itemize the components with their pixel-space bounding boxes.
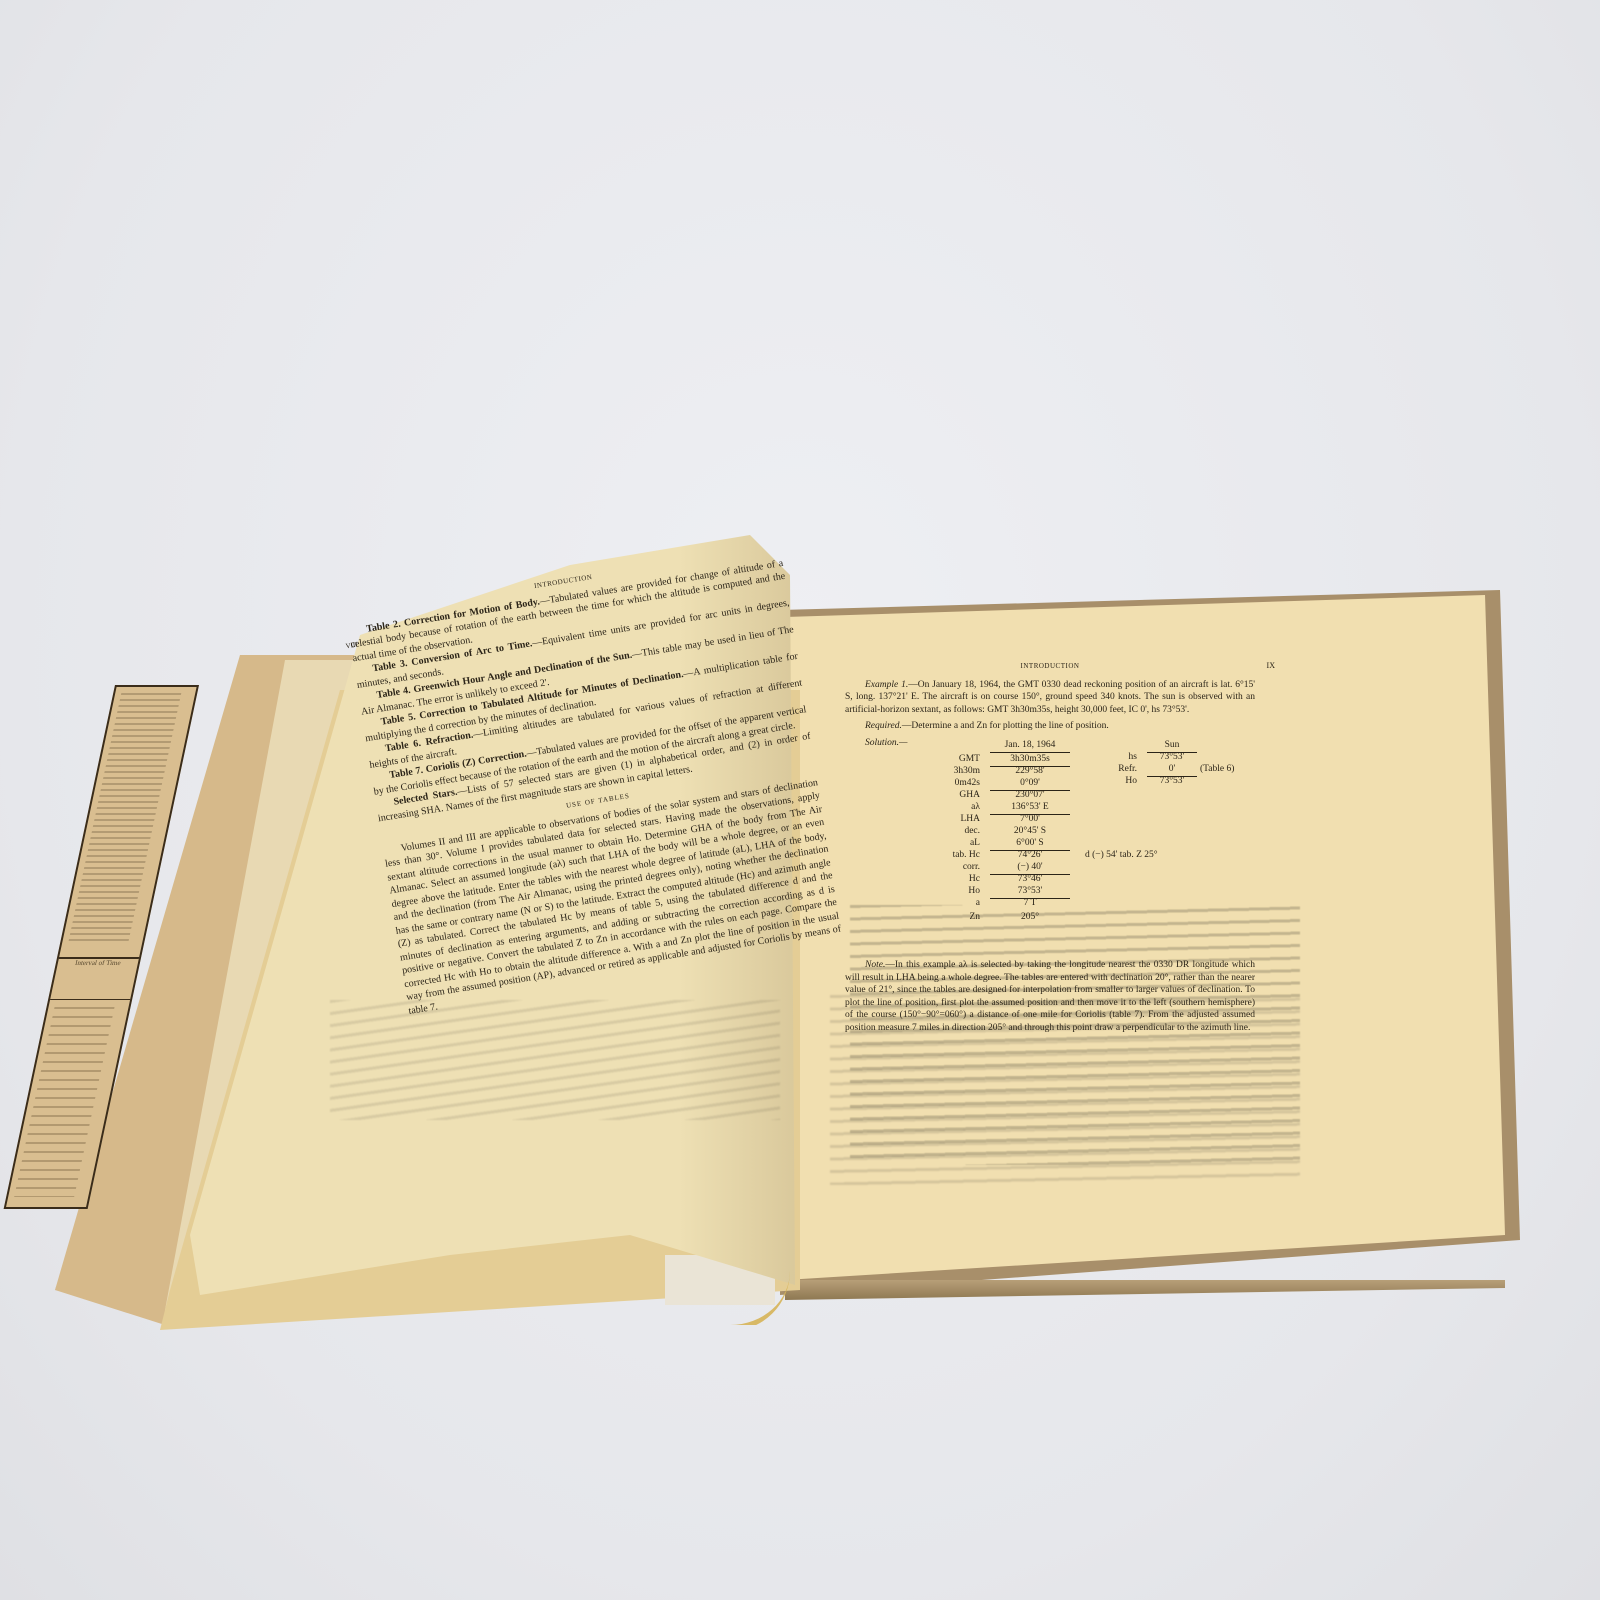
calc-date-row: Jan. 18, 1964 — [920, 739, 1090, 751]
d-and-z-line: d (−) 54' tab. Z 25° — [1085, 849, 1158, 862]
page-number: VIII — [345, 639, 359, 654]
calc-row: a7 T — [920, 897, 1090, 909]
calc-row: Hc73°46' — [920, 873, 1090, 885]
calc-row: LHA7°00' — [920, 813, 1090, 825]
required-paragraph: Required.—Determine a and Zn for plottin… — [845, 720, 1255, 733]
calc-row: aL6°00' S — [920, 837, 1090, 849]
calc-row: tab. Hc74°26' — [920, 849, 1090, 861]
sun-correction-block: Sun hs73°53' Refr.0'(Table 6) Ho73°53' — [1095, 739, 1265, 787]
calc-row: GMT3h30m35s — [920, 753, 1090, 765]
bleed-through-text-left — [330, 1000, 780, 1120]
required-label: Required. — [865, 721, 902, 731]
calc-row: corr.(−) 40' — [920, 861, 1090, 873]
note-paragraph: Note.—In this example aλ is selected by … — [845, 959, 1255, 1034]
required-text: —Determine a and Zn for plotting the lin… — [902, 721, 1109, 731]
table-header-interval-of-time: Interval of Time — [50, 957, 139, 1000]
example-paragraph: Example 1.—On January 18, 1964, the GMT … — [845, 679, 1255, 717]
right-page-content: INTRODUCTION IX Example 1.—On January 18… — [845, 660, 1255, 1038]
calc-row: aλ136°53' E — [920, 801, 1090, 813]
note-label: Note. — [865, 960, 885, 970]
calc-row: 3h30m229°58' — [920, 765, 1090, 777]
calc-row: dec.20°45' S — [920, 825, 1090, 837]
solution-worksheet: Jan. 18, 1964 GMT3h30m35s 3h30m229°58' 0… — [845, 753, 1255, 953]
page-number: IX — [1267, 660, 1275, 673]
calc-row: Ho73°53' — [920, 885, 1090, 897]
sun-row: hs73°53' — [1095, 751, 1265, 763]
calc-row: GHA230°07' — [920, 789, 1090, 801]
page-curl-edge — [190, 1195, 790, 1331]
sun-row: Ho73°53' — [1095, 775, 1265, 787]
running-header: INTRODUCTION — [845, 660, 1255, 673]
calc-row: 0m42s0°09' — [920, 777, 1090, 789]
note-text: —In this example aλ is selected by takin… — [845, 960, 1255, 1033]
calc-row: Zn205° — [920, 911, 1090, 923]
example-label: Example 1. — [865, 680, 908, 690]
sun-row: Refr.0'(Table 6) — [1095, 763, 1265, 775]
left-page-content: INTRODUCTION VIII Table 2. Correction fo… — [345, 541, 844, 1018]
